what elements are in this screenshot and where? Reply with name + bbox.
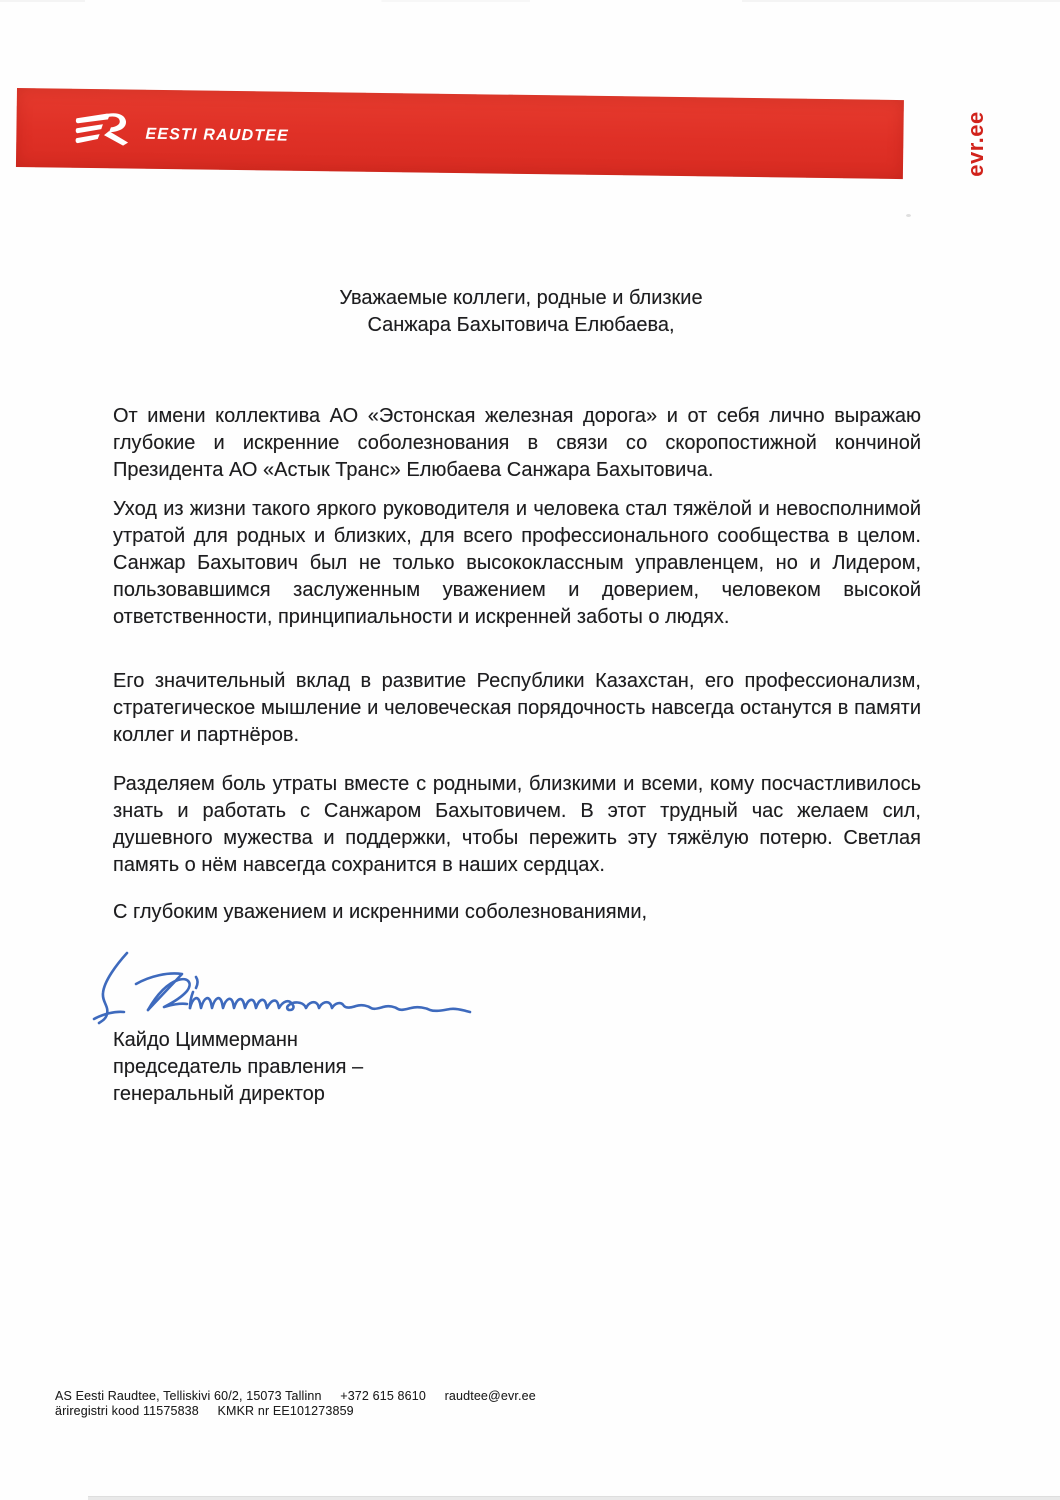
footer-line-2: äriregistri kood 11575838 KMKR nr EE1012… (55, 1404, 536, 1419)
footer-phone: +372 615 8610 (340, 1389, 426, 1403)
signer-title-line-1: председатель правления – (113, 1054, 613, 1081)
website-vertical-label: evr.ee (963, 111, 989, 176)
eesti-raudtee-logo-icon (72, 109, 135, 148)
salutation-line-2: Санжара Бахытовича Елюбаева, (113, 312, 929, 339)
letter-page: EESTI RAUDTEE evr.ee Уважаемые коллеги, … (0, 0, 1060, 1500)
paragraph-1: От имени коллектива АО «Эстонская железн… (113, 403, 921, 484)
scan-speck (906, 214, 911, 217)
closing-line: С глубоким уважением и искренними соболе… (113, 899, 921, 926)
logo-wordmark: EESTI RAUDTEE (145, 125, 289, 145)
scan-artifact-bottom (88, 1496, 1060, 1500)
paragraph-2: Уход из жизни такого яркого руководителя… (113, 496, 921, 631)
letterhead-footer: AS Eesti Raudtee, Telliskivi 60/2, 15073… (55, 1389, 536, 1418)
header-banner: EESTI RAUDTEE (16, 88, 904, 179)
paragraph-4: Разделяем боль утраты вместе с родными, … (113, 771, 921, 879)
footer-address: AS Eesti Raudtee, Telliskivi 60/2, 15073… (55, 1389, 322, 1403)
paragraph-3: Его значительный вклад в развитие Респуб… (113, 668, 921, 749)
footer-email: raudtee@evr.ee (445, 1389, 536, 1403)
signer-title-line-2: генеральный директор (113, 1081, 613, 1108)
footer-vat-number: KMKR nr EE101273859 (218, 1404, 354, 1418)
handwritten-signature (90, 944, 482, 1032)
signer-name: Кайдо Циммерманн (113, 1027, 613, 1054)
salutation-line-1: Уважаемые коллеги, родные и близкие (113, 285, 929, 312)
salutation: Уважаемые коллеги, родные и близкие Санж… (113, 285, 929, 339)
signer-block: Кайдо Циммерманн председатель правления … (113, 1027, 613, 1108)
footer-registry-code: äriregistri kood 11575838 (55, 1404, 199, 1418)
footer-line-1: AS Eesti Raudtee, Telliskivi 60/2, 15073… (55, 1389, 536, 1404)
scan-artifact-top (0, 0, 1060, 2)
